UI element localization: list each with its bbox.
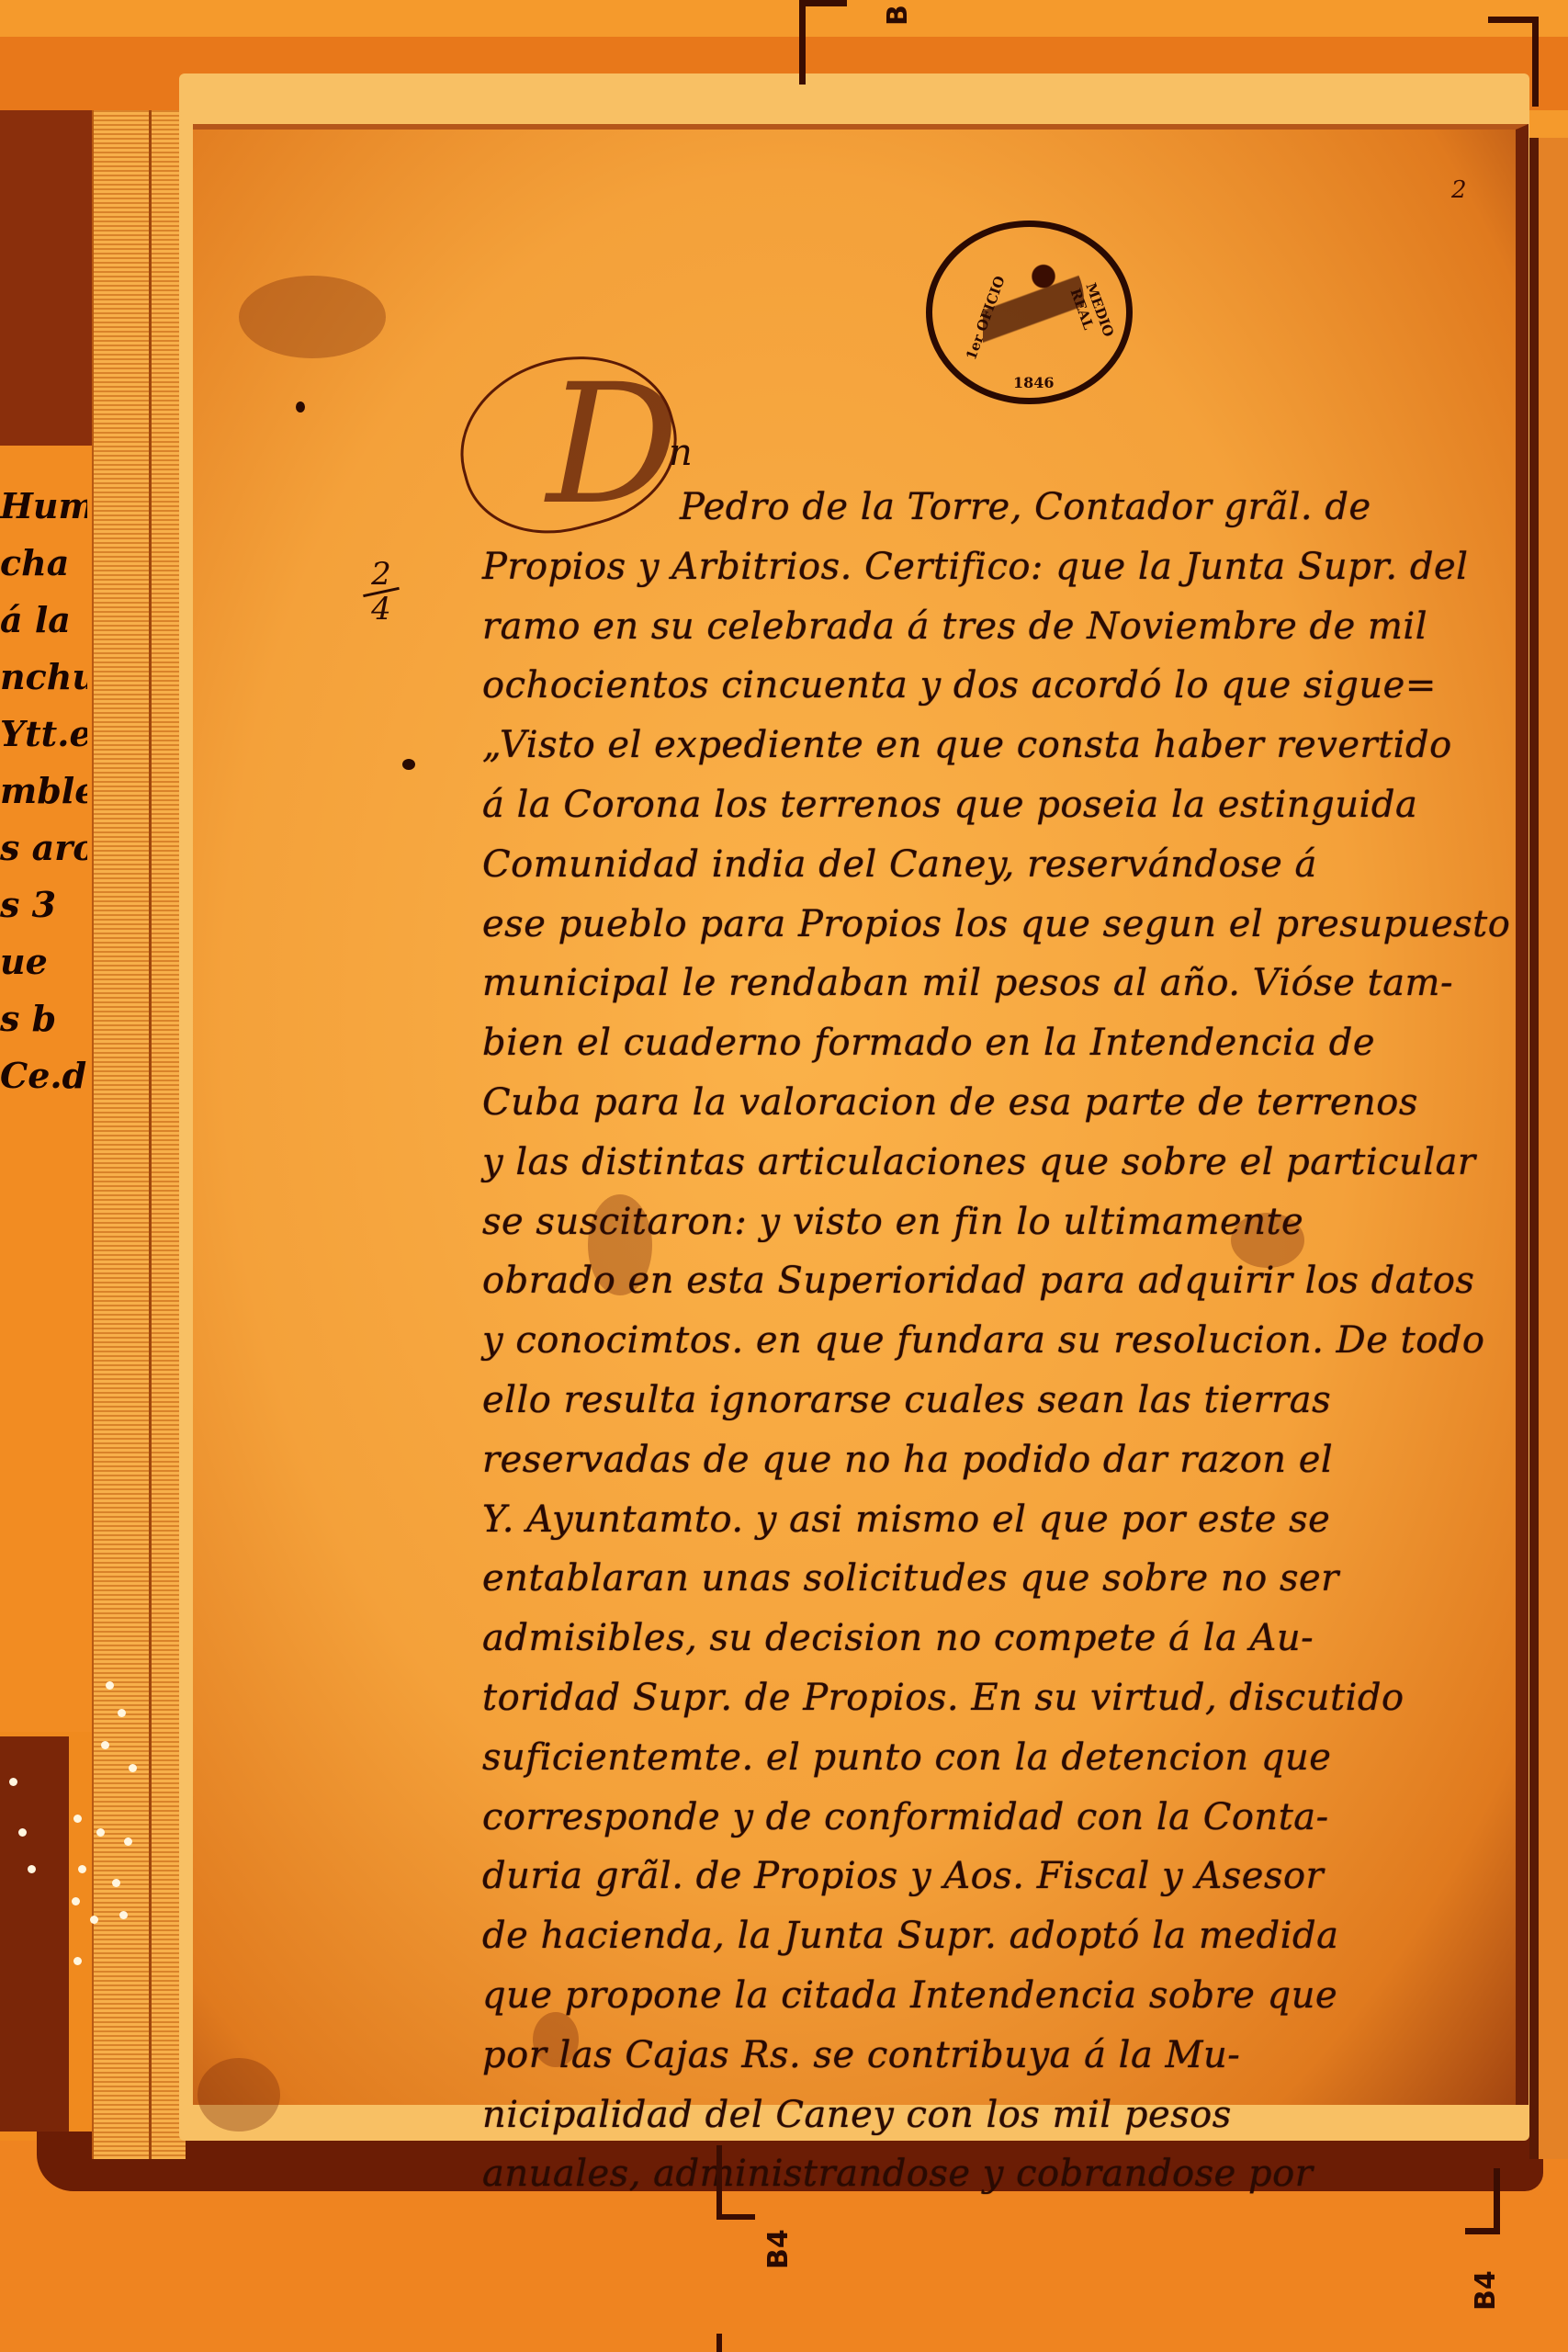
scan-artifact [124, 1837, 132, 1846]
scan-artifact [78, 1865, 86, 1873]
manuscript-line: ello resulta ignorarse cuales sean las t… [482, 1371, 1502, 1430]
fragment-line: cha [0, 535, 87, 592]
manuscript-line: bien el cuaderno formado en la Intendenc… [482, 1013, 1502, 1073]
scan-artifact [101, 1741, 109, 1749]
manuscript-line: reservadas de que no ha podido dar razon… [482, 1430, 1502, 1490]
manuscript-line: suficientemte. el punto con la detencion… [482, 1728, 1502, 1788]
margin-note-denominator: 4 [371, 591, 391, 628]
crop-mark-top-right-horizontal [1488, 17, 1539, 23]
manuscript-line: entablaran unas solicitudes que sobre no… [482, 1549, 1502, 1609]
fragment-line: nchu- [0, 649, 87, 706]
fragment-line: Hum [0, 478, 87, 535]
manuscript-line: de hacienda, la Junta Supr. adoptó la me… [482, 1906, 1502, 1966]
crop-mark-bottom-right-vertical [1494, 2168, 1500, 2233]
manuscript-line: Y. Ayuntamto. y asi mismo el que por est… [482, 1490, 1502, 1550]
ink-spot [402, 759, 415, 770]
scan-artifact [73, 1957, 82, 1965]
manuscript-line: municipal le rendaban mil pesos al año. … [482, 954, 1502, 1013]
manuscript-line: „Visto el expediente en que consta haber… [482, 716, 1502, 775]
manuscript-line: Pedro de la Torre, Contador grãl. de [482, 478, 1502, 537]
margin-note-numerator: 2 [371, 556, 391, 593]
manuscript-line: obrado en esta Superioridad para adquiri… [482, 1251, 1502, 1311]
initial-superscript: n [669, 432, 693, 474]
page-number: 2 [1451, 176, 1467, 204]
margin-folio-note: 2 4 [363, 560, 400, 623]
manuscript-line: corresponde y de conformidad con la Cont… [482, 1788, 1502, 1848]
crop-mark-bottom-left-horizontal [716, 2214, 755, 2220]
fragment-line: s 3 [0, 876, 87, 933]
book-spine-binding [92, 110, 186, 2159]
fragment-line: á la [0, 592, 87, 649]
manuscript-line: y las distintas articulaciones que sobre… [482, 1133, 1502, 1193]
scan-artifact [112, 1879, 120, 1887]
manuscript-line: por las Cajas Rs. se contribuya á la Mu- [482, 2026, 1502, 2086]
manuscript-line: nicipalidad del Caney con los mil pesos [482, 2086, 1502, 2145]
stain [197, 2058, 280, 2131]
manuscript-line: Cuba para la valoracion de esa parte de … [482, 1073, 1502, 1133]
stain [239, 276, 386, 358]
manuscript-line: ochocientos cincuenta y dos acordó lo qu… [482, 656, 1502, 716]
ink-spot [296, 401, 305, 413]
manuscript-line: anuales, administrandose y cobrandose po… [482, 2144, 1502, 2204]
official-stamp-seal: 1er OFICIO MEDIO REAL 1846 [926, 220, 1133, 404]
manuscript-line: que propone la citada Intendencia sobre … [482, 1966, 1502, 2026]
scan-artifact [18, 1828, 27, 1837]
scan-artifact [106, 1681, 114, 1690]
scan-artifact [28, 1865, 36, 1873]
manuscript-line: ramo en su celebrada á tres de Noviembre… [482, 597, 1502, 657]
scan-artifact [96, 1828, 105, 1837]
spine-stitch-line [149, 110, 152, 2159]
manuscript-line: Propios y Arbitrios. Certifico: que la J… [482, 537, 1502, 597]
manuscript-line: á la Corona los terrenos que poseia la e… [482, 775, 1502, 835]
scan-artifact [118, 1709, 126, 1717]
manuscript-line: duria grãl. de Propios y Aos. Fiscal y A… [482, 1847, 1502, 1906]
fragment-line: mble [0, 763, 87, 820]
crop-mark-top-left-vertical [799, 0, 806, 85]
crop-mark-top-right-vertical [1532, 17, 1539, 107]
crop-mark-bottom-tick [716, 2334, 722, 2352]
manuscript-line: y conocimtos. en que fundara su resoluci… [482, 1311, 1502, 1371]
archive-label-top: B [882, 5, 914, 26]
fragment-line: s b [0, 990, 87, 1047]
fragment-line: s aro [0, 820, 87, 876]
crop-mark-top-left-horizontal [799, 0, 847, 6]
fragment-line: Ytt.e [0, 706, 87, 763]
scan-artifact [90, 1916, 98, 1924]
fragment-line: Ce.d [0, 1047, 87, 1104]
page-right-edge [1529, 138, 1568, 2159]
archive-label-bottom-right: B4 [1470, 2270, 1502, 2311]
manuscript-line: Comunidad india del Caney, reservándose … [482, 835, 1502, 895]
crop-mark-bottom-left-vertical [716, 2145, 722, 2219]
scan-artifact [73, 1815, 82, 1823]
manuscript-line: toridad Supr. de Propios. En su virtud, … [482, 1668, 1502, 1728]
scan-artifact [9, 1778, 17, 1786]
scan-artifact [119, 1911, 128, 1919]
scan-artifact [72, 1897, 80, 1905]
manuscript-body: Pedro de la Torre, Contador grãl. de Pro… [482, 478, 1502, 2204]
manuscript-line: se suscitaron: y visto en fin lo ultimam… [482, 1193, 1502, 1252]
archive-label-bottom-left: B4 [762, 2229, 795, 2269]
seal-year: 1846 [1013, 374, 1055, 391]
manuscript-line: ese pueblo para Propios los que segun el… [482, 895, 1502, 955]
crop-mark-bottom-right-horizontal [1465, 2228, 1500, 2234]
fragment-line: ue [0, 933, 87, 990]
scan-artifact [129, 1764, 137, 1772]
previous-page-text: Hum cha á la nchu- Ytt.e mble s aro s 3 … [0, 478, 87, 1104]
manuscript-line: admisibles, su decision no compete á la … [482, 1609, 1502, 1668]
book-cover-bottom-left [0, 1736, 69, 2131]
